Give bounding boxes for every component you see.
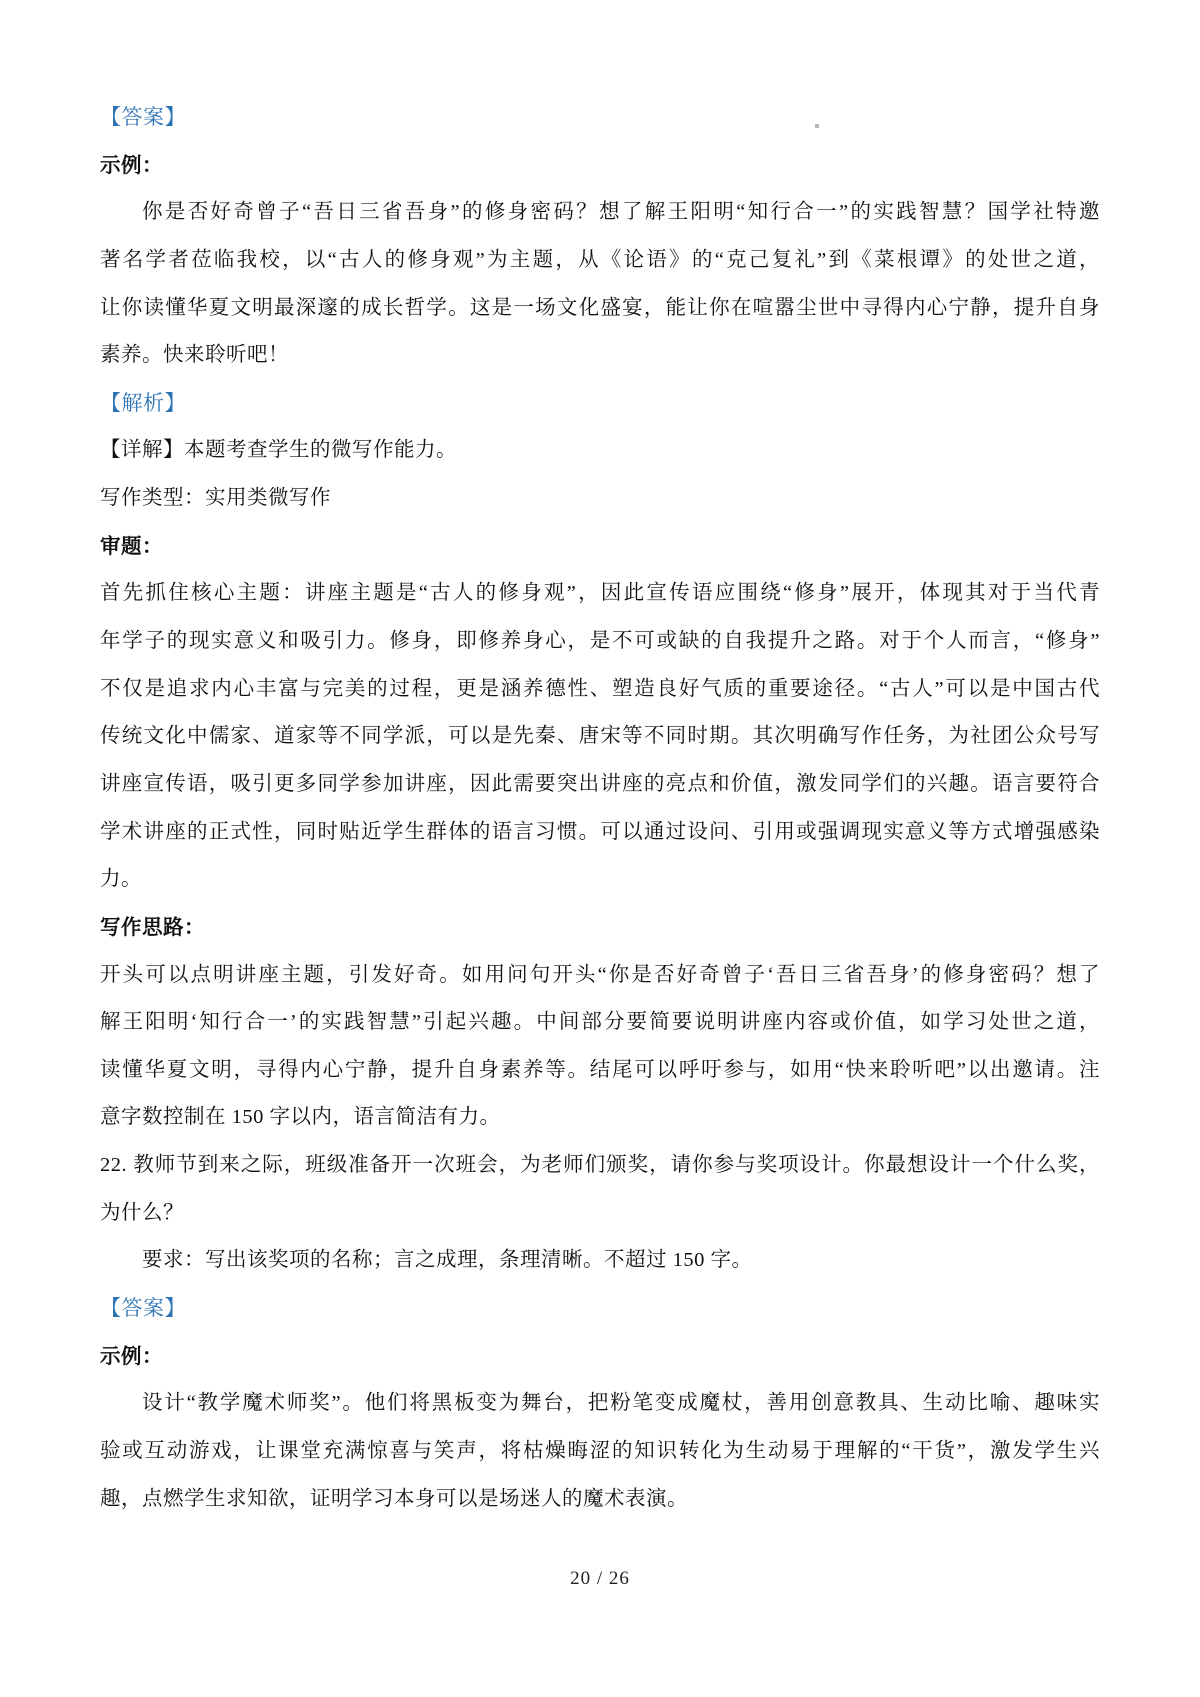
text-line: 让你读懂华夏文明最深邃的成长哲学。这是一场文化盛宴，能让你在喧嚣尘世中寻得内心宁… (100, 285, 1100, 333)
text-line: 验或互动游戏，让课堂充满惊喜与笑声，将枯燥晦涩的知识转化为生动易于理解的“干货”… (100, 1428, 1100, 1476)
writing-idea-heading: 写作思路： (100, 904, 1100, 952)
document-content: 【答案】示例：你是否好奇曾子“吾日三省吾身”的修身密码？想了解王阳明“知行合一”… (100, 94, 1100, 1523)
answer-label: 【答案】 (100, 1285, 1100, 1333)
text-line: 设计“教学魔术师奖”。他们将黑板变为舞台，把粉笔变成魔杖，善用创意教具、生动比喻… (100, 1380, 1100, 1428)
text-line: 趣，点燃学生求知欲，证明学习本身可以是场迷人的魔术表演。 (100, 1476, 1100, 1524)
text-line: 解王阳明‘知行合一’的实践智慧”引起兴趣。中间部分要简要说明讲座内容或价值，如学… (100, 999, 1100, 1047)
text-line: 讲座宣传语，吸引更多同学参加讲座，因此需要突出讲座的亮点和价值，激发同学们的兴趣… (100, 761, 1100, 809)
text-line: 意字数控制在 150 字以内，语言简洁有力。 (100, 1094, 1100, 1142)
text-line: 著名学者莅临我校，以“古人的修身观”为主题，从《论语》的“克己复礼”到《菜根谭》… (100, 237, 1100, 285)
text-line: 力。 (100, 856, 1100, 904)
text-line: 首先抓住核心主题：讲座主题是“古人的修身观”，因此宣传语应围绕“修身”展开，体现… (100, 570, 1100, 618)
stray-mark (815, 124, 819, 128)
detail-line: 【详解】本题考查学生的微写作能力。 (100, 427, 1100, 475)
sample-heading: 示例： (100, 1333, 1100, 1381)
text-line: 不仅是追求内心丰富与完美的过程，更是涵养德性、塑造良好气质的重要途径。“古人”可… (100, 666, 1100, 714)
text-line: 学术讲座的正式性，同时贴近学生群体的语言习惯。可以通过设问、引用或强调现实意义等… (100, 809, 1100, 857)
text-line: 传统文化中儒家、道家等不同学派，可以是先秦、唐宋等不同时期。其次明确写作任务，为… (100, 713, 1100, 761)
text-run: 本题考查学生的微写作能力。 (184, 439, 457, 461)
sample-heading: 示例： (100, 142, 1100, 190)
text-line: 年学子的现实意义和吸引力。修身，即修养身心，是不可或缺的自我提升之路。对于个人而… (100, 618, 1100, 666)
document-page: 【答案】示例：你是否好奇曾子“吾日三省吾身”的修身密码？想了解王阳明“知行合一”… (0, 0, 1200, 1697)
topic-review-heading: 审题： (100, 523, 1100, 571)
text-line: 要求：写出该奖项的名称；言之成理，条理清晰。不超过 150 字。 (100, 1237, 1100, 1285)
text-line: 读懂华夏文明，寻得内心宁静，提升自身素养等。结尾可以呼吁参与，如用“快来聆听吧”… (100, 1047, 1100, 1095)
text-line: 为什么？ (100, 1190, 1100, 1238)
analysis-label: 【解析】 (100, 380, 1100, 428)
answer-label: 【答案】 (100, 94, 1100, 142)
text-line: 开头可以点明讲座主题，引发好奇。如用问句开头“你是否好奇曾子‘吾日三省吾身’的修… (100, 952, 1100, 1000)
text-line: 素养。快来聆听吧！ (100, 332, 1100, 380)
text-line: 你是否好奇曾子“吾日三省吾身”的修身密码？想了解王阳明“知行合一”的实践智慧？国… (100, 189, 1100, 237)
question-22-line: 22. 教师节到来之际，班级准备开一次班会，为老师们颁奖，请你参与奖项设计。你最… (100, 1142, 1100, 1190)
page-number: 20 / 26 (0, 1568, 1200, 1590)
text-line: 写作类型：实用类微写作 (100, 475, 1100, 523)
detail-label: 【详解】 (100, 439, 184, 461)
